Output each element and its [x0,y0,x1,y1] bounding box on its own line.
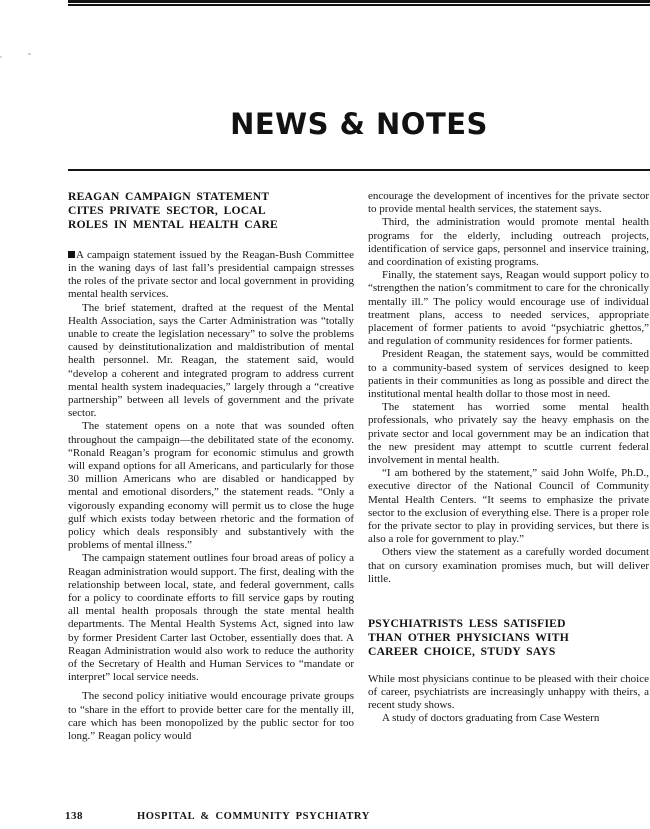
paragraph-continued: encourage the development of incentives … [368,190,649,216]
article-title-line: PSYCHIATRISTS LESS SATISFIED [368,617,649,631]
paragraph: The campaign statement outlines four bro… [68,552,354,684]
article-title-reagan: REAGAN CAMPAIGN STATEMENT CITES PRIVATE … [68,190,354,232]
paragraph-lead: While most physicians continue to be ple… [368,673,649,713]
article-title-line: THAN OTHER PHYSICIANS WITH [368,631,649,645]
paragraph: President Reagan, the statement says, wo… [368,348,649,401]
section-masthead: NEWS & NOTES [68,107,650,141]
top-double-rule [68,0,650,6]
masthead-underline [68,169,650,171]
article-title-line: ROLES IN MENTAL HEALTH CARE [68,218,354,232]
article-title-line: CITES PRIVATE SECTOR, LOCAL [68,204,354,218]
paragraph: A study of doctors graduating from Case … [368,712,649,725]
article-title-line: CAREER CHOICE, STUDY SAYS [368,645,649,659]
scan-speck [0,56,2,58]
right-column: encourage the development of incentives … [368,190,649,726]
journal-page: NEWS & NOTES REAGAN CAMPAIGN STATEMENT C… [0,0,650,829]
paragraph: Finally, the statement says, Reagan woul… [368,269,649,348]
page-footer: 138 HOSPITAL & COMMUNITY PSYCHIATRY [0,810,650,826]
page-number: 138 [65,810,83,822]
article-title-line: REAGAN CAMPAIGN STATEMENT [68,190,354,204]
paragraph: The statement has worried some mental he… [368,401,649,467]
journal-title: HOSPITAL & COMMUNITY PSYCHIATRY [137,811,370,822]
article-title-study: PSYCHIATRISTS LESS SATISFIED THAN OTHER … [368,617,649,659]
paragraph: Others view the statement as a carefully… [368,546,649,586]
paragraph: Third, the administration would promote … [368,216,649,269]
left-column: REAGAN CAMPAIGN STATEMENT CITES PRIVATE … [68,190,354,743]
black-square-bullet-icon [68,251,75,258]
paragraph: The second policy initiative would encou… [68,690,354,743]
paragraph: The brief statement, drafted at the requ… [68,302,354,421]
paragraph: The statement opens on a note that was s… [68,420,354,552]
scan-speck [28,53,31,55]
paragraph-lead: A campaign statement issued by the Reaga… [68,249,354,302]
paragraph: “I am bothered by the statement,” said J… [368,467,649,546]
paragraph-text: A campaign statement issued by the Reaga… [68,249,354,301]
